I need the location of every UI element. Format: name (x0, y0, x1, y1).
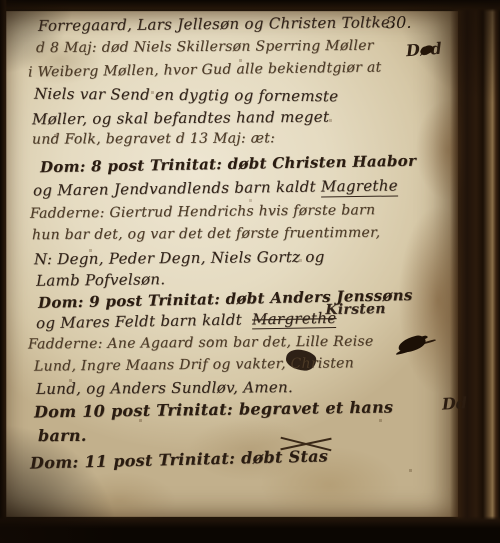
page-number: 30. (386, 13, 412, 32)
photo-border-bottom (0, 516, 500, 543)
manuscript-line-2: d 8 Maj: død Niels Skillersøn Sperring M… (36, 38, 374, 56)
manuscript-line-10: hun bar det, og var det det første fruen… (32, 225, 380, 243)
struck-name: Margrethe (252, 309, 337, 329)
manuscript-line-6: und Folk, begravet d 13 Maj: æt: (32, 130, 275, 147)
manuscript-line-16: Lund, Ingre Maans Drif og vakter, Christ… (34, 355, 354, 374)
manuscript-line-12: Lamb Pofvelsøn. (36, 270, 166, 290)
line-14-text: og Mares Feldt barn kaldt (36, 311, 242, 333)
photo-border-top (0, 0, 500, 12)
manuscript-line-19: barn. (38, 426, 87, 445)
manuscript-photo: Forregaard, Lars Jellesøn og Christen To… (0, 0, 500, 543)
manuscript-line-1: Forregaard, Lars Jellesøn og Christen To… (38, 13, 395, 35)
manuscript-line-11: N: Degn, Peder Degn, Niels Gortz og (34, 248, 325, 269)
inserted-name: Kirsten (325, 301, 386, 318)
manuscript-line-4: Niels var Send en dygtig og fornemste (34, 85, 339, 106)
photo-border-left (0, 0, 7, 543)
margin-note-dd: Dd (442, 393, 468, 413)
manuscript-line-5: Møller, og skal befandtes hand meget (32, 108, 329, 129)
underlined-name: Magrethe (321, 176, 398, 197)
book-binding-edge (450, 0, 500, 543)
manuscript-line-8: og Maren Jendvandlends barn kaldt Magret… (33, 176, 398, 199)
pen-flourish (280, 436, 332, 452)
manuscript-line-17: Lund, og Anders Sundløv, Amen. (36, 378, 293, 398)
manuscript-line-15: Fadderne: Ane Agaard som bar det, Lille … (28, 333, 374, 352)
